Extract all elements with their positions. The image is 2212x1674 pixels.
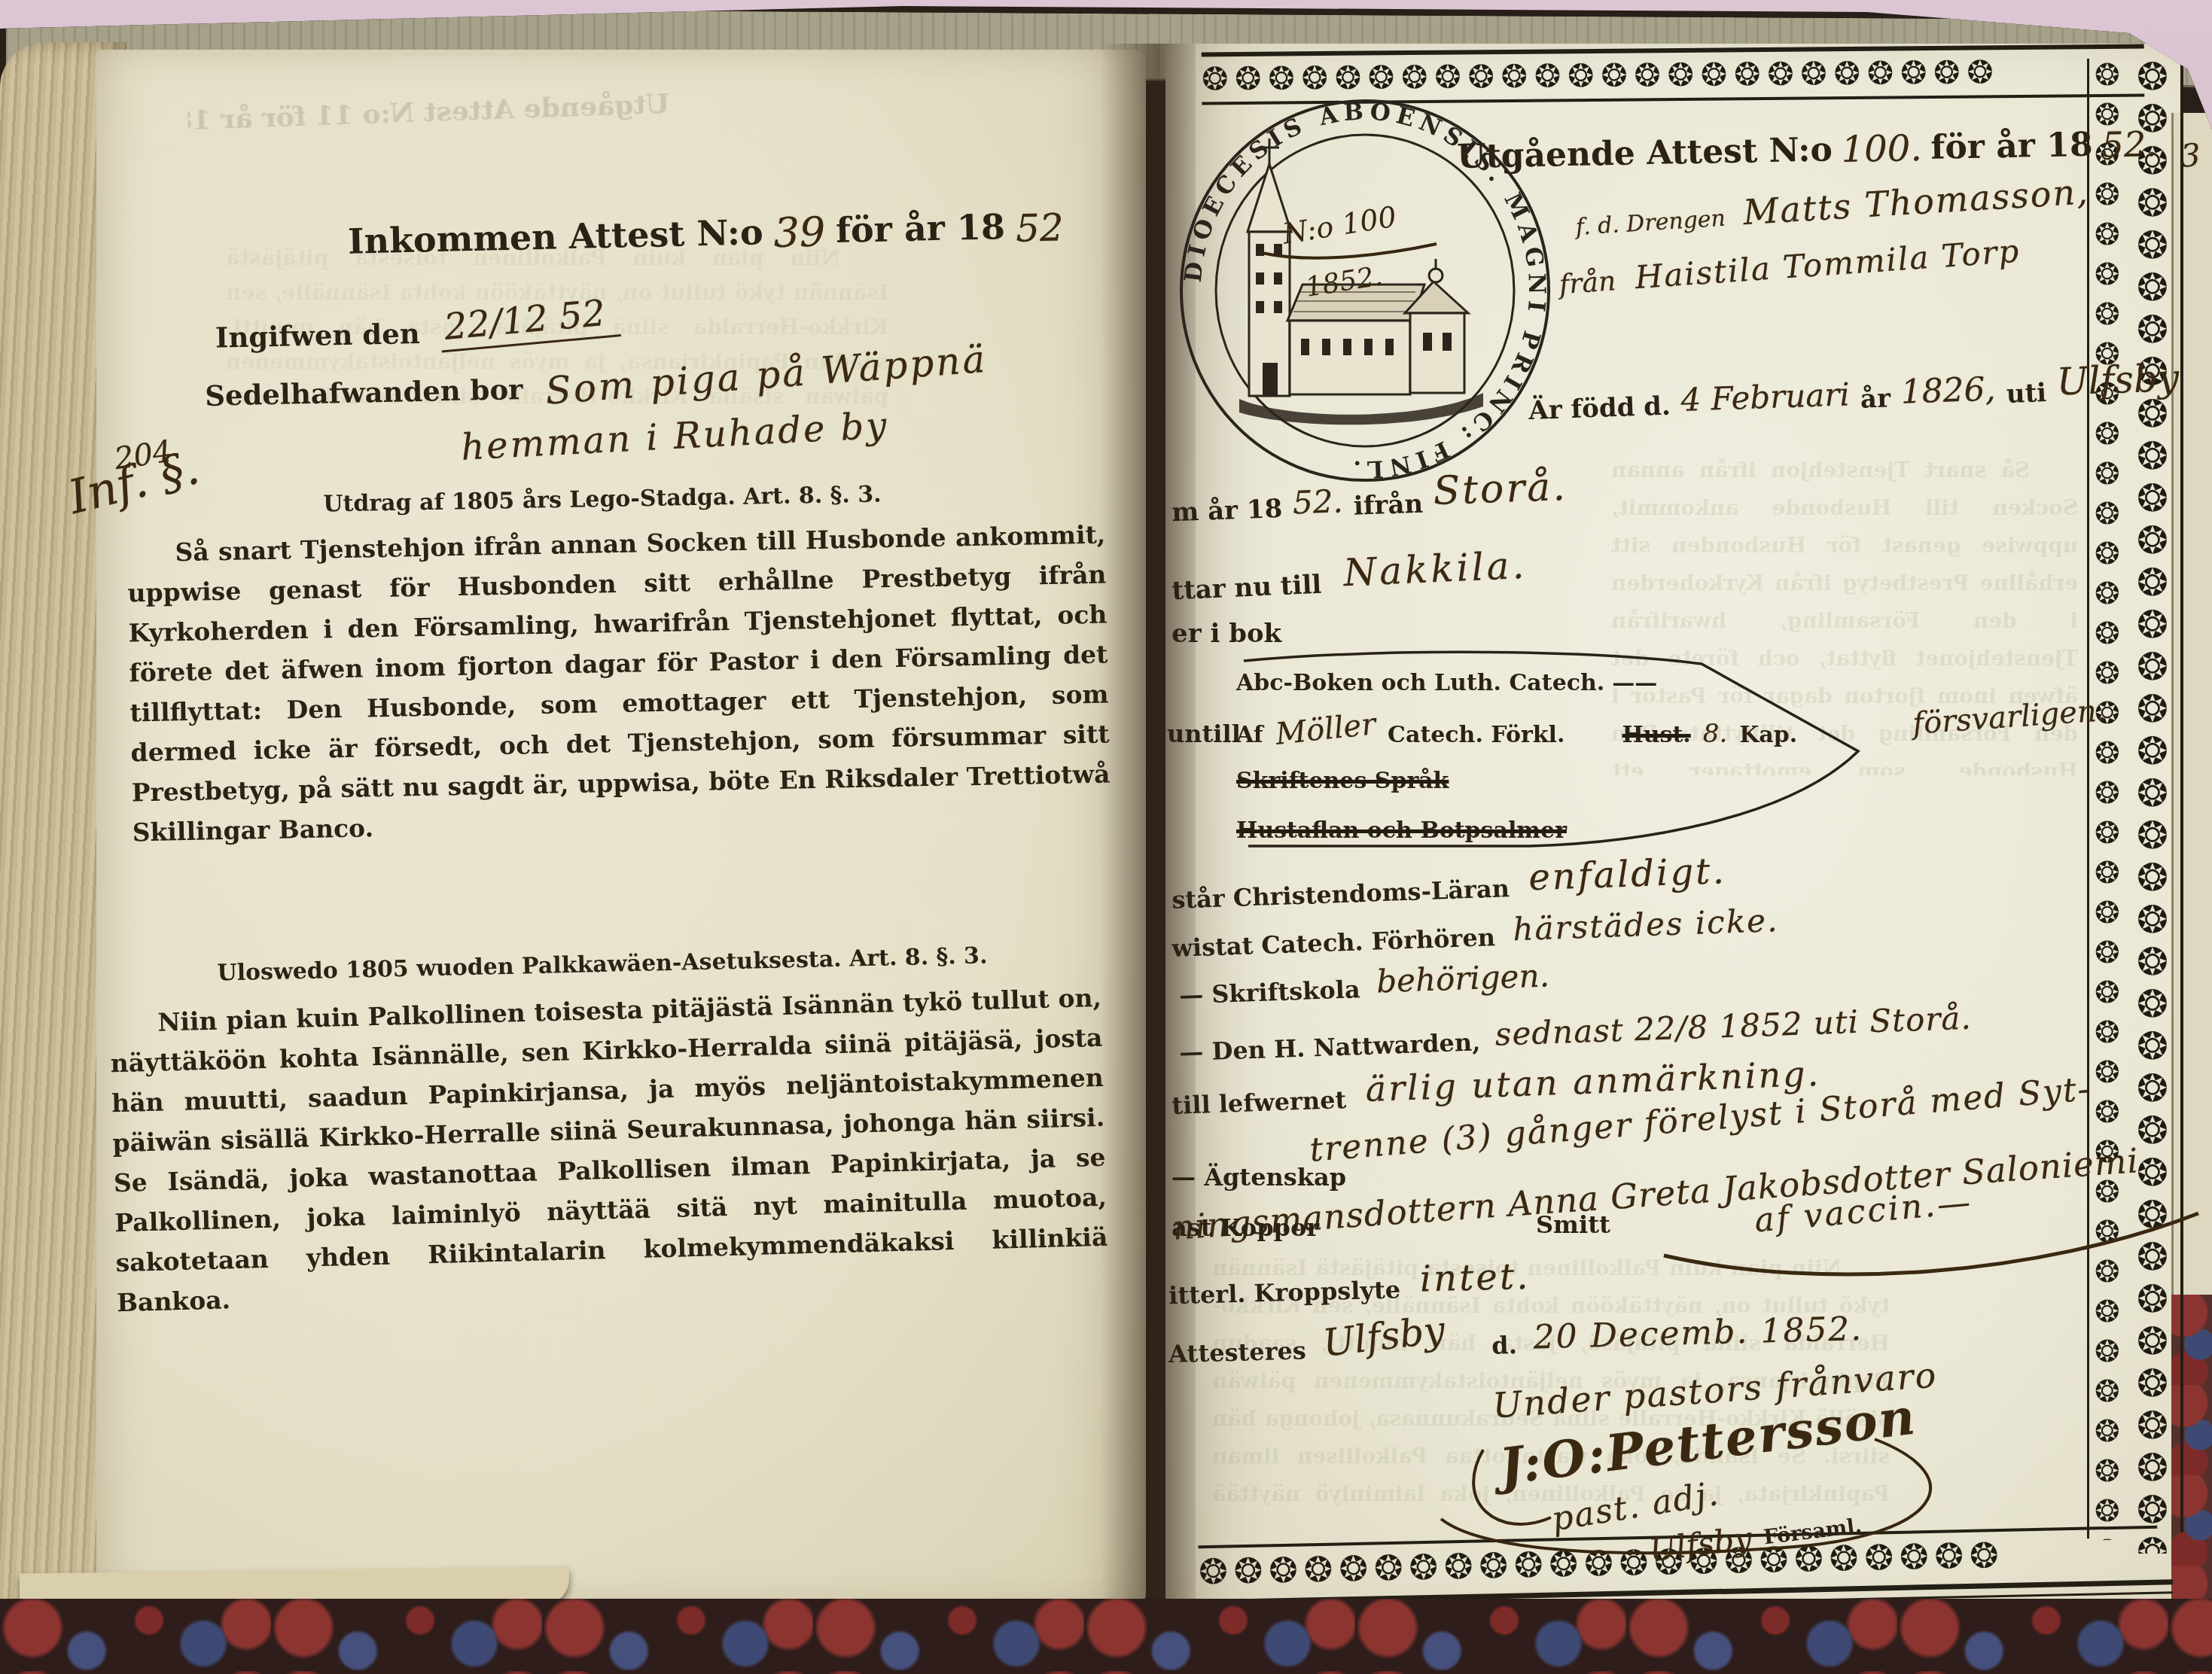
border-ornament-right-outer: ❂❂❂❂❂❂❂❂❂❂❂❂❂❂❂❂❂❂❂❂❂❂❂❂❂❂❂❂❂❂❂❂❂❂❂❂ <box>2137 56 2180 1554</box>
af-label: Af <box>1236 722 1263 748</box>
border-ornament-right-inner: ❂❂❂❂❂❂❂❂❂❂❂❂❂❂❂❂❂❂❂❂❂❂❂❂❂❂❂❂❂❂❂❂❂❂❂❂❂❂ <box>2095 56 2135 1540</box>
incoming-attest-title: Inkommen Attest N:o <box>348 212 764 261</box>
kap-label: Kap. <box>1739 722 1797 748</box>
skriftskola-label: — Skriftskola <box>1179 975 1361 1009</box>
birth-year: 1826, <box>1900 370 1997 411</box>
photo-of-open-church-record-book: 3 Utgående Attest N:o 11 för år 18. 7 Ni… <box>0 0 2212 1674</box>
outgoing-attest-number: 100. <box>1841 127 1922 171</box>
moves-label: ttar nu till <box>1172 570 1322 607</box>
incoming-attest-year-label: för år 18 <box>836 206 1006 251</box>
swedish-extract-paragraph: Så snart Tjenstehjon ifrån annan Socken … <box>126 515 1111 853</box>
birth-label: Är född d. <box>1528 391 1671 427</box>
smitt-label: Smitt <box>1536 1210 1610 1239</box>
birth-place: Ulfsby <box>2056 356 2180 404</box>
moves-to-place: Nakkila. <box>1342 543 1528 595</box>
border-outer-line-vertical <box>2180 65 2183 1532</box>
seal-handwritten-number: N:o 100 <box>1280 200 1399 251</box>
hustaflan-struck: Hustaflan och Botpsalmer <box>1236 817 1567 844</box>
came-from-label: ifrån <box>1353 489 1424 522</box>
attestation-label: Attesteres <box>1168 1336 1307 1368</box>
abc-dash: —— <box>1612 670 1657 696</box>
birth-year-label: år <box>1860 383 1891 414</box>
attestation-d-label: d. <box>1491 1331 1517 1360</box>
marbled-cover-bottom <box>0 1599 2212 1674</box>
came-from-place: Storå. <box>1432 464 1568 514</box>
abc-line: Abc-Boken och Luth. Catech. —— <box>1236 670 1657 696</box>
submitted-date-line: Ingifwen den 22/12 52 <box>215 306 619 360</box>
diocese-seal: DIOECESIS ABOENSIS. MAGNI PRINC: FINL. <box>1175 95 1557 486</box>
attestation-date: 20 Decemb. 1852. <box>1533 1310 1863 1356</box>
defect-label: itterl. Kroppslyte <box>1168 1275 1401 1310</box>
abc-label: Abc-Boken och Luth. Catech. <box>1236 670 1604 696</box>
birth-date: 4 Februari <box>1680 376 1851 418</box>
conduct-label: till lefwernet <box>1172 1085 1347 1120</box>
skriftenes-struck: Skriftenes Språk <box>1236 768 1449 794</box>
outgoing-attest-year: 52. <box>2101 123 2157 165</box>
birth-place-label: uti <box>2006 378 2047 409</box>
certificate-holder-label: Sedelhafwanden bor <box>205 373 523 412</box>
incoming-attest-number: 39 <box>773 208 826 257</box>
came-year: 52. <box>1292 482 1343 521</box>
kap-number: 8. <box>1703 719 1727 749</box>
submitted-date-label: Ingifwen den <box>215 317 420 355</box>
signature-parish: Församl. <box>1763 1514 1863 1550</box>
christendom-value: enfaldigt. <box>1528 850 1726 899</box>
hust-struck-label: Hust. <box>1622 722 1690 748</box>
smallpox-label: ast Koppor <box>1172 1213 1319 1242</box>
incoming-attest-year: 52 <box>1015 205 1064 250</box>
defect-value: intet. <box>1419 1255 1531 1301</box>
finnish-extract-paragraph: Niin pian kuin Palkollinen toisesta pitä… <box>109 978 1110 1322</box>
catechism-line: Af Möller Catech. Förkl. Hust. 8. Kap. <box>1236 715 1797 750</box>
border-inner-line-vertical <box>2087 59 2089 1539</box>
came-label: m år 18 <box>1172 494 1283 528</box>
skriftskola-value: behörigen. <box>1376 957 1549 1000</box>
book: 3 Utgående Attest N:o 11 för år 18. 7 Ni… <box>0 0 2212 1674</box>
outgoing-attest-year-label: för år 18 <box>1930 126 2093 167</box>
catechism-label: Catech. Förkl. <box>1388 722 1565 748</box>
person-from-label: från <box>1558 266 1617 300</box>
